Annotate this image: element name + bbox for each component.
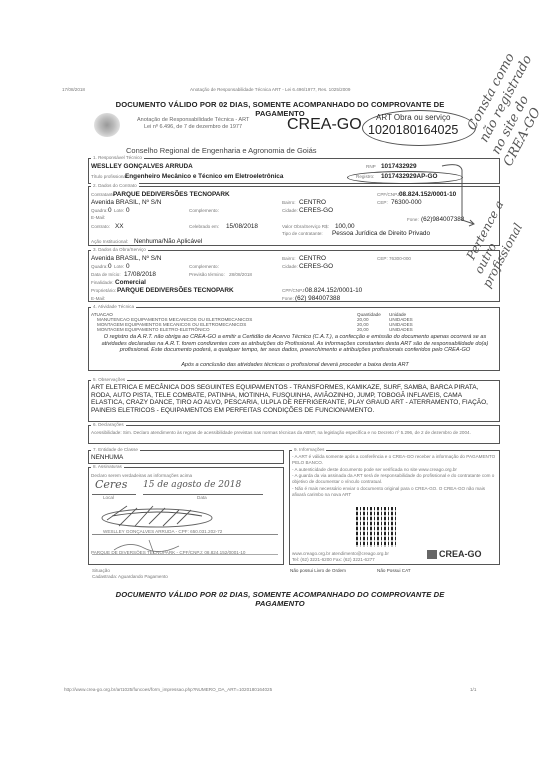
finalidade-value: Comercial: [115, 279, 146, 286]
section-informacoes: 9. Informações - A ART é válida somente …: [289, 450, 500, 565]
local-line: [92, 494, 136, 495]
obra-complemento-label: Complemento:: [189, 264, 219, 269]
acao-value: Nenhuma/Não Aplicável: [134, 238, 202, 245]
obra-bairro-label: Bairro:: [282, 256, 296, 261]
proprietario-value: PARQUE DEDIVERSÕES TECNOPARK: [117, 287, 234, 294]
local-label: Local: [103, 495, 114, 500]
crea-logo-text: CREA-GO: [439, 549, 482, 559]
print-date: 17/08/2018: [62, 87, 85, 92]
lote-label: Lote:: [114, 208, 124, 213]
crea-logo-icon: [427, 550, 437, 559]
complemento-label: Complemento:: [189, 208, 219, 213]
section3-legend: 3. Dados da Obra/Serviço: [91, 247, 148, 252]
heading-line2: Lei nº 6.496, de 7 de dezembro de 1977: [144, 124, 242, 130]
handwritten-date: 15 de agosto de 2018: [143, 480, 241, 490]
org-title: CREA-GO: [287, 116, 362, 134]
quadra-label: Quadra:: [91, 208, 108, 213]
rnp-label: RNP: [366, 164, 376, 169]
tipo-label: Tipo de contratante:: [282, 231, 323, 236]
page-number: 1/1: [470, 687, 476, 692]
valor-value: 100,00: [335, 223, 355, 230]
contrato-label: Contrato:: [91, 224, 110, 229]
proprietario-label: Proprietário:: [91, 288, 116, 293]
section7-legend: 7. Entidade de Classe: [91, 447, 140, 452]
contact-line2: Tel: (62) 3221-6200 Fax: (62) 3221-6277: [292, 557, 375, 562]
signature-2-icon: [109, 538, 199, 558]
signature-2-caption: PARQUE DE DIVERSÕES TECNOPARK - CPF/CNPJ…: [91, 550, 245, 555]
livro-ordem: Não possui Livro de Ordem: [290, 568, 346, 573]
observacoes-text: ART ELETRICA E MECÂNICA DOS SEGUINTES EQ…: [91, 384, 495, 414]
info-item: - Não é mais necessário enviar o documen…: [292, 486, 497, 498]
section-entidade-classe: 7. Entidade de Classe NENHUMA: [88, 450, 284, 464]
finalidade-label: Finalidade:: [91, 280, 113, 285]
declaracoes-text: Acessibilidade: Sim. Declaro atendimento…: [91, 430, 497, 436]
acao-label: Ação Institucional:: [91, 239, 128, 244]
previsao-label: Previsão término:: [189, 272, 225, 277]
section-responsavel-tecnico: 1. Responsável Técnico WESLLEY GONÇALVES…: [88, 158, 500, 184]
cpf-label: CPF/CNPJ:: [377, 192, 401, 197]
cep-label: CEP:: [377, 200, 388, 205]
cidade-value: CERES-GO: [299, 207, 333, 214]
tipo-value: Pessoa Jurídica de Direito Privado: [332, 230, 430, 237]
obra-cep-label: CEP:: [377, 256, 388, 261]
cat-status: Não Possui CAT: [377, 568, 411, 573]
inicio-label: Data de Início:: [91, 272, 121, 277]
previsao-value: 28/08/2018: [229, 272, 252, 277]
section1-legend: 1. Responsável Técnico: [91, 155, 144, 160]
obra-lote-value: 0: [126, 263, 130, 270]
contact-line1: www.creago.org.br atendimento@creago.org…: [292, 551, 389, 556]
professional-name: WESLLEY GONÇALVES ARRUDA: [91, 163, 193, 170]
registro-label: Registro:: [356, 174, 374, 179]
entidade-value: NENHUMA: [91, 454, 123, 461]
activity-qty: 20,00: [357, 327, 369, 332]
lote-value: 0: [126, 207, 130, 214]
quadra-value: 0: [108, 207, 112, 214]
obra-cidade-value: CERES-GO: [299, 263, 333, 270]
section6-legend: 6. Declarações: [91, 422, 126, 427]
art-label: ART Obra ou serviço: [376, 113, 450, 122]
info-item: - A autenticidade deste documento pode s…: [292, 467, 497, 473]
annotation-arrow-icon: [440, 160, 480, 230]
section-declaracoes: 6. Declarações Acessibilidade: Sim. Decl…: [88, 425, 500, 444]
contrato-value: XX: [115, 223, 124, 230]
section2-legend: 2. Dados do Contrato: [91, 183, 139, 188]
inicio-value: 17/08/2018: [124, 271, 156, 278]
heading-line1: Anotação de Responsabilidade Técnica - A…: [137, 117, 249, 123]
council-name: Conselho Regional de Engenharia e Agrono…: [126, 146, 317, 155]
section-assinaturas: 8. Assinaturas Declaro serem verdadeiras…: [88, 467, 284, 565]
obra-bairro-value: CENTRO: [299, 255, 326, 262]
activity-unit: UNIDADES: [389, 327, 413, 332]
signature-1-line: [92, 534, 278, 535]
qr-finder: [356, 507, 398, 547]
section4-legend: 4. Atividade Técnica: [91, 304, 136, 309]
obra-quadra-label: Quadra:: [91, 264, 108, 269]
section9-legend: 9. Informações: [292, 447, 326, 452]
celebrado-label: Celebrado em:: [189, 224, 219, 229]
section-dados-contrato: 2. Dados do Contrato Contratante PARQUE …: [88, 186, 500, 246]
handwritten-local: Ceres: [95, 478, 127, 491]
art-notice-2: Após a conclusão das atividades técnicas…: [93, 362, 497, 368]
contrato-endereco: Avenida BRASIL, Nº S/N: [91, 199, 161, 206]
obra-cidade-label: Cidade:: [282, 264, 298, 269]
obra-fone-value: (62) 984007388: [295, 295, 340, 302]
print-url[interactable]: http://www.crea-go.org.br/art1025/funcoe…: [64, 687, 272, 692]
obra-endereco: Avenida BRASIL, Nº S/N: [91, 255, 161, 262]
cidade-label: Cidade:: [282, 208, 298, 213]
obra-lote-label: Lote:: [114, 264, 124, 269]
titulo-value: Engenheiro Mecânico e Técnico em Eletroe…: [125, 173, 283, 180]
cep-value: 76300-000: [391, 199, 422, 206]
situacao-value: Cadastrada: Aguardando Pagamento: [92, 574, 168, 579]
obra-cep-value: 76300-000: [389, 256, 411, 261]
section5-legend: 5. Observações: [91, 377, 127, 382]
section8-legend: 8. Assinaturas: [91, 464, 124, 469]
contratante-label: Contratante: [91, 192, 115, 197]
celebrado-value: 15/08/2018: [226, 223, 258, 230]
coat-of-arms-icon: [94, 113, 120, 137]
signature-1-icon: [97, 502, 217, 532]
email-label: E-Mail:: [91, 215, 105, 220]
signature-1-caption: WESLLEY GONÇALVES ARRUDA - CPF: 650.031.…: [103, 529, 222, 534]
info-list: - A ART é válida somente após a conferên…: [292, 454, 497, 499]
bairro-label: Bairro:: [282, 200, 296, 205]
section-observacoes: 5. Observações ART ELETRICA E MECÂNICA D…: [88, 380, 500, 422]
situacao-label: Situação: [92, 568, 110, 573]
validity-banner-bottom: DOCUMENTO VÁLIDO POR 02 DIAS, SOMENTE AC…: [90, 590, 470, 608]
obra-quadra-value: 0: [108, 263, 112, 270]
obra-fone-label: Fone:: [282, 296, 294, 301]
print-title: Anotação de Responsabilidade Técnica ART…: [190, 87, 350, 92]
bairro-value: CENTRO: [299, 199, 326, 206]
activity-desc: MONTAGEM EQUIPAMENTO ELETRO-ELETRÔNICO: [97, 327, 210, 332]
section-dados-obra: 3. Dados da Obra/Serviço Avenida BRASIL,…: [88, 250, 500, 302]
contratante-value: PARQUE DEDIVERSÕES TECNOPARK: [113, 191, 230, 198]
obra-email-label: E-Mail:: [91, 296, 105, 301]
obra-cpf-value: 08.824.152/0001-10: [305, 287, 362, 294]
section-atividade-tecnica: 4. Atividade Técnica ATUACAO Quantidade …: [88, 307, 500, 371]
data-label: Data: [197, 495, 207, 500]
fone-label: Fone:: [407, 217, 419, 222]
rnp-value: 1017432929: [381, 163, 417, 170]
info-item: - A guarda da via assinada da ART será d…: [292, 473, 497, 485]
obra-cpf-label: CPF/CNPJ:: [282, 288, 306, 293]
info-item: - A ART é válida somente após a conferên…: [292, 454, 497, 466]
registro-value: 1017432929AP-GO: [381, 173, 438, 180]
titulo-label: Título profissional:: [91, 174, 128, 179]
art-notice: O registro da A.R.T. não obriga ao CREA-…: [93, 334, 497, 354]
valor-label: Valor Obra/Serviço R$:: [282, 224, 329, 229]
art-number: 1020180164025: [368, 123, 458, 137]
